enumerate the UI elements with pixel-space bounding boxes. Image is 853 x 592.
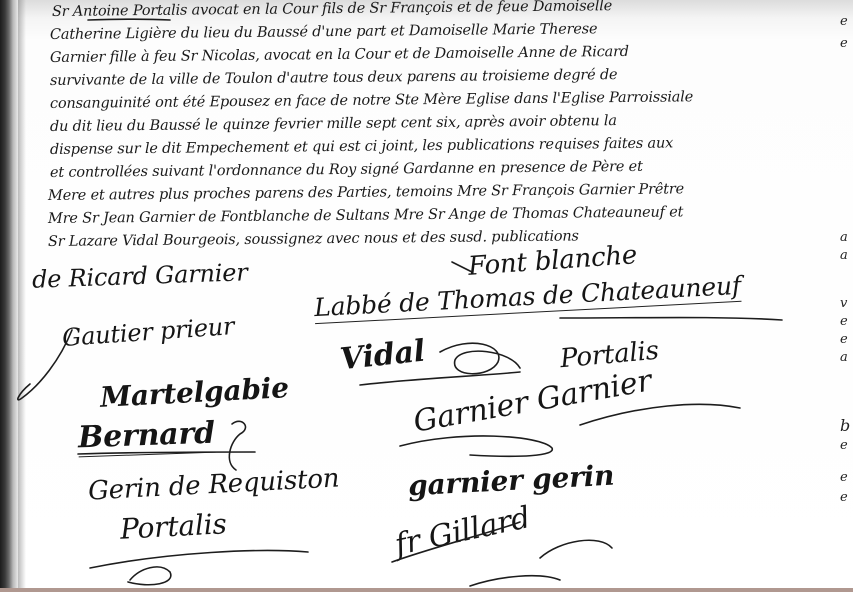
signature-flourishes: [0, 0, 853, 588]
margin-fragment: b: [840, 416, 850, 435]
margin-fragment: e: [840, 36, 848, 51]
margin-fragment: e: [840, 470, 848, 485]
margin-fragment: e: [840, 14, 848, 29]
manuscript-page: Sr Antoine Portalis avocat en la Cour fi…: [0, 0, 853, 588]
margin-fragment: a: [840, 230, 848, 245]
margin-fragment: a: [840, 350, 848, 365]
scan-bottom-border: [0, 588, 853, 592]
margin-fragment: v: [840, 296, 847, 311]
adjacent-page-margin: e e a a v e e a b e e e: [838, 0, 853, 588]
margin-fragment: e: [840, 490, 848, 505]
margin-fragment: e: [840, 332, 848, 347]
margin-fragment: e: [840, 438, 848, 453]
margin-fragment: a: [840, 248, 848, 263]
margin-fragment: e: [840, 314, 848, 329]
